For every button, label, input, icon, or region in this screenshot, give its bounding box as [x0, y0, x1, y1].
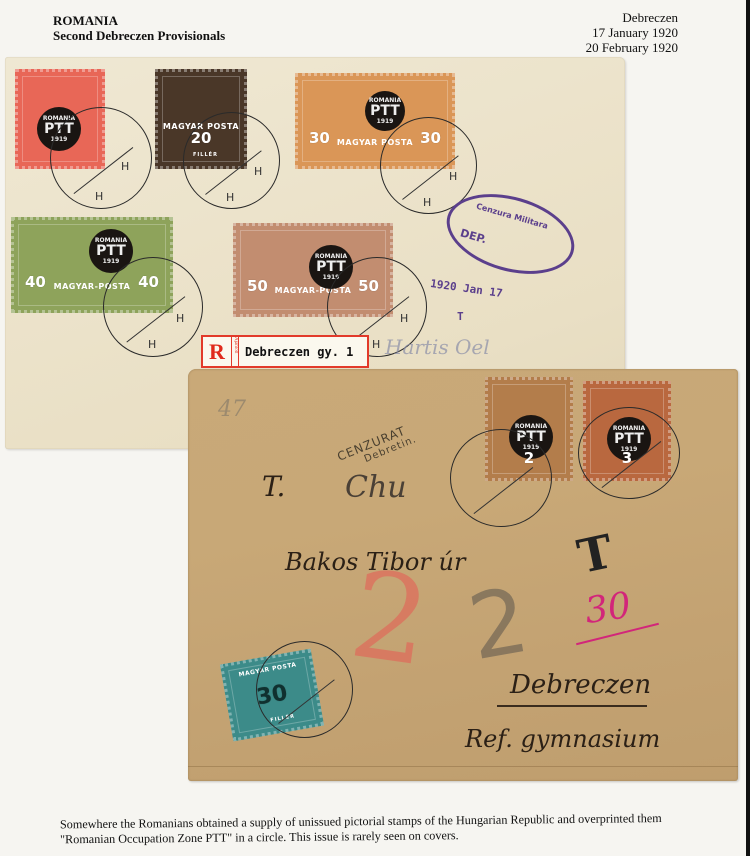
postmark: H H	[183, 112, 280, 209]
address-line-1: Bakos Tibor úr	[285, 548, 465, 576]
signature: Chu	[345, 470, 407, 505]
postmark: H H	[50, 107, 152, 209]
date-stamp: 1920 Jan 17	[429, 277, 503, 300]
caption: Somewhere the Romanians obtained a suppl…	[60, 811, 700, 848]
page-edge	[746, 0, 750, 856]
place-name: Debreczen	[586, 10, 678, 25]
initial-mark: T.	[262, 470, 285, 503]
page-header-left: ROMANIA Second Debreczen Provisionals	[53, 13, 225, 43]
pencil-number: 47	[218, 397, 246, 422]
issue-subtitle: Second Debreczen Provisionals	[53, 28, 225, 43]
postmark	[578, 407, 680, 499]
address-line-2: Debreczen	[510, 670, 651, 700]
postmark	[450, 429, 552, 527]
registration-side-text: Ajánlott	[231, 337, 239, 366]
pencil-note: Hartis Oel	[385, 335, 490, 359]
country-title: ROMANIA	[53, 13, 225, 28]
address-underline	[497, 705, 647, 707]
postage-due-amount: 30	[582, 585, 633, 632]
registration-letter: R	[203, 339, 231, 365]
page-header-right: Debreczen 17 January 1920 20 February 19…	[586, 10, 678, 55]
postmark	[256, 641, 353, 738]
date-1: 17 January 1920	[586, 25, 678, 40]
address-line-3: Ref. gymnasium	[465, 725, 660, 753]
overprint-circle: ROMANIA PTT 1919	[365, 91, 405, 131]
registration-place: Debreczen gy. 1	[239, 345, 353, 359]
fold-line	[188, 766, 738, 767]
postmark: H H	[103, 257, 203, 357]
date-2: 20 February 1920	[586, 40, 678, 55]
date-stamp-mark: T	[457, 310, 464, 323]
registration-label: R Ajánlott Debreczen gy. 1	[201, 335, 369, 368]
